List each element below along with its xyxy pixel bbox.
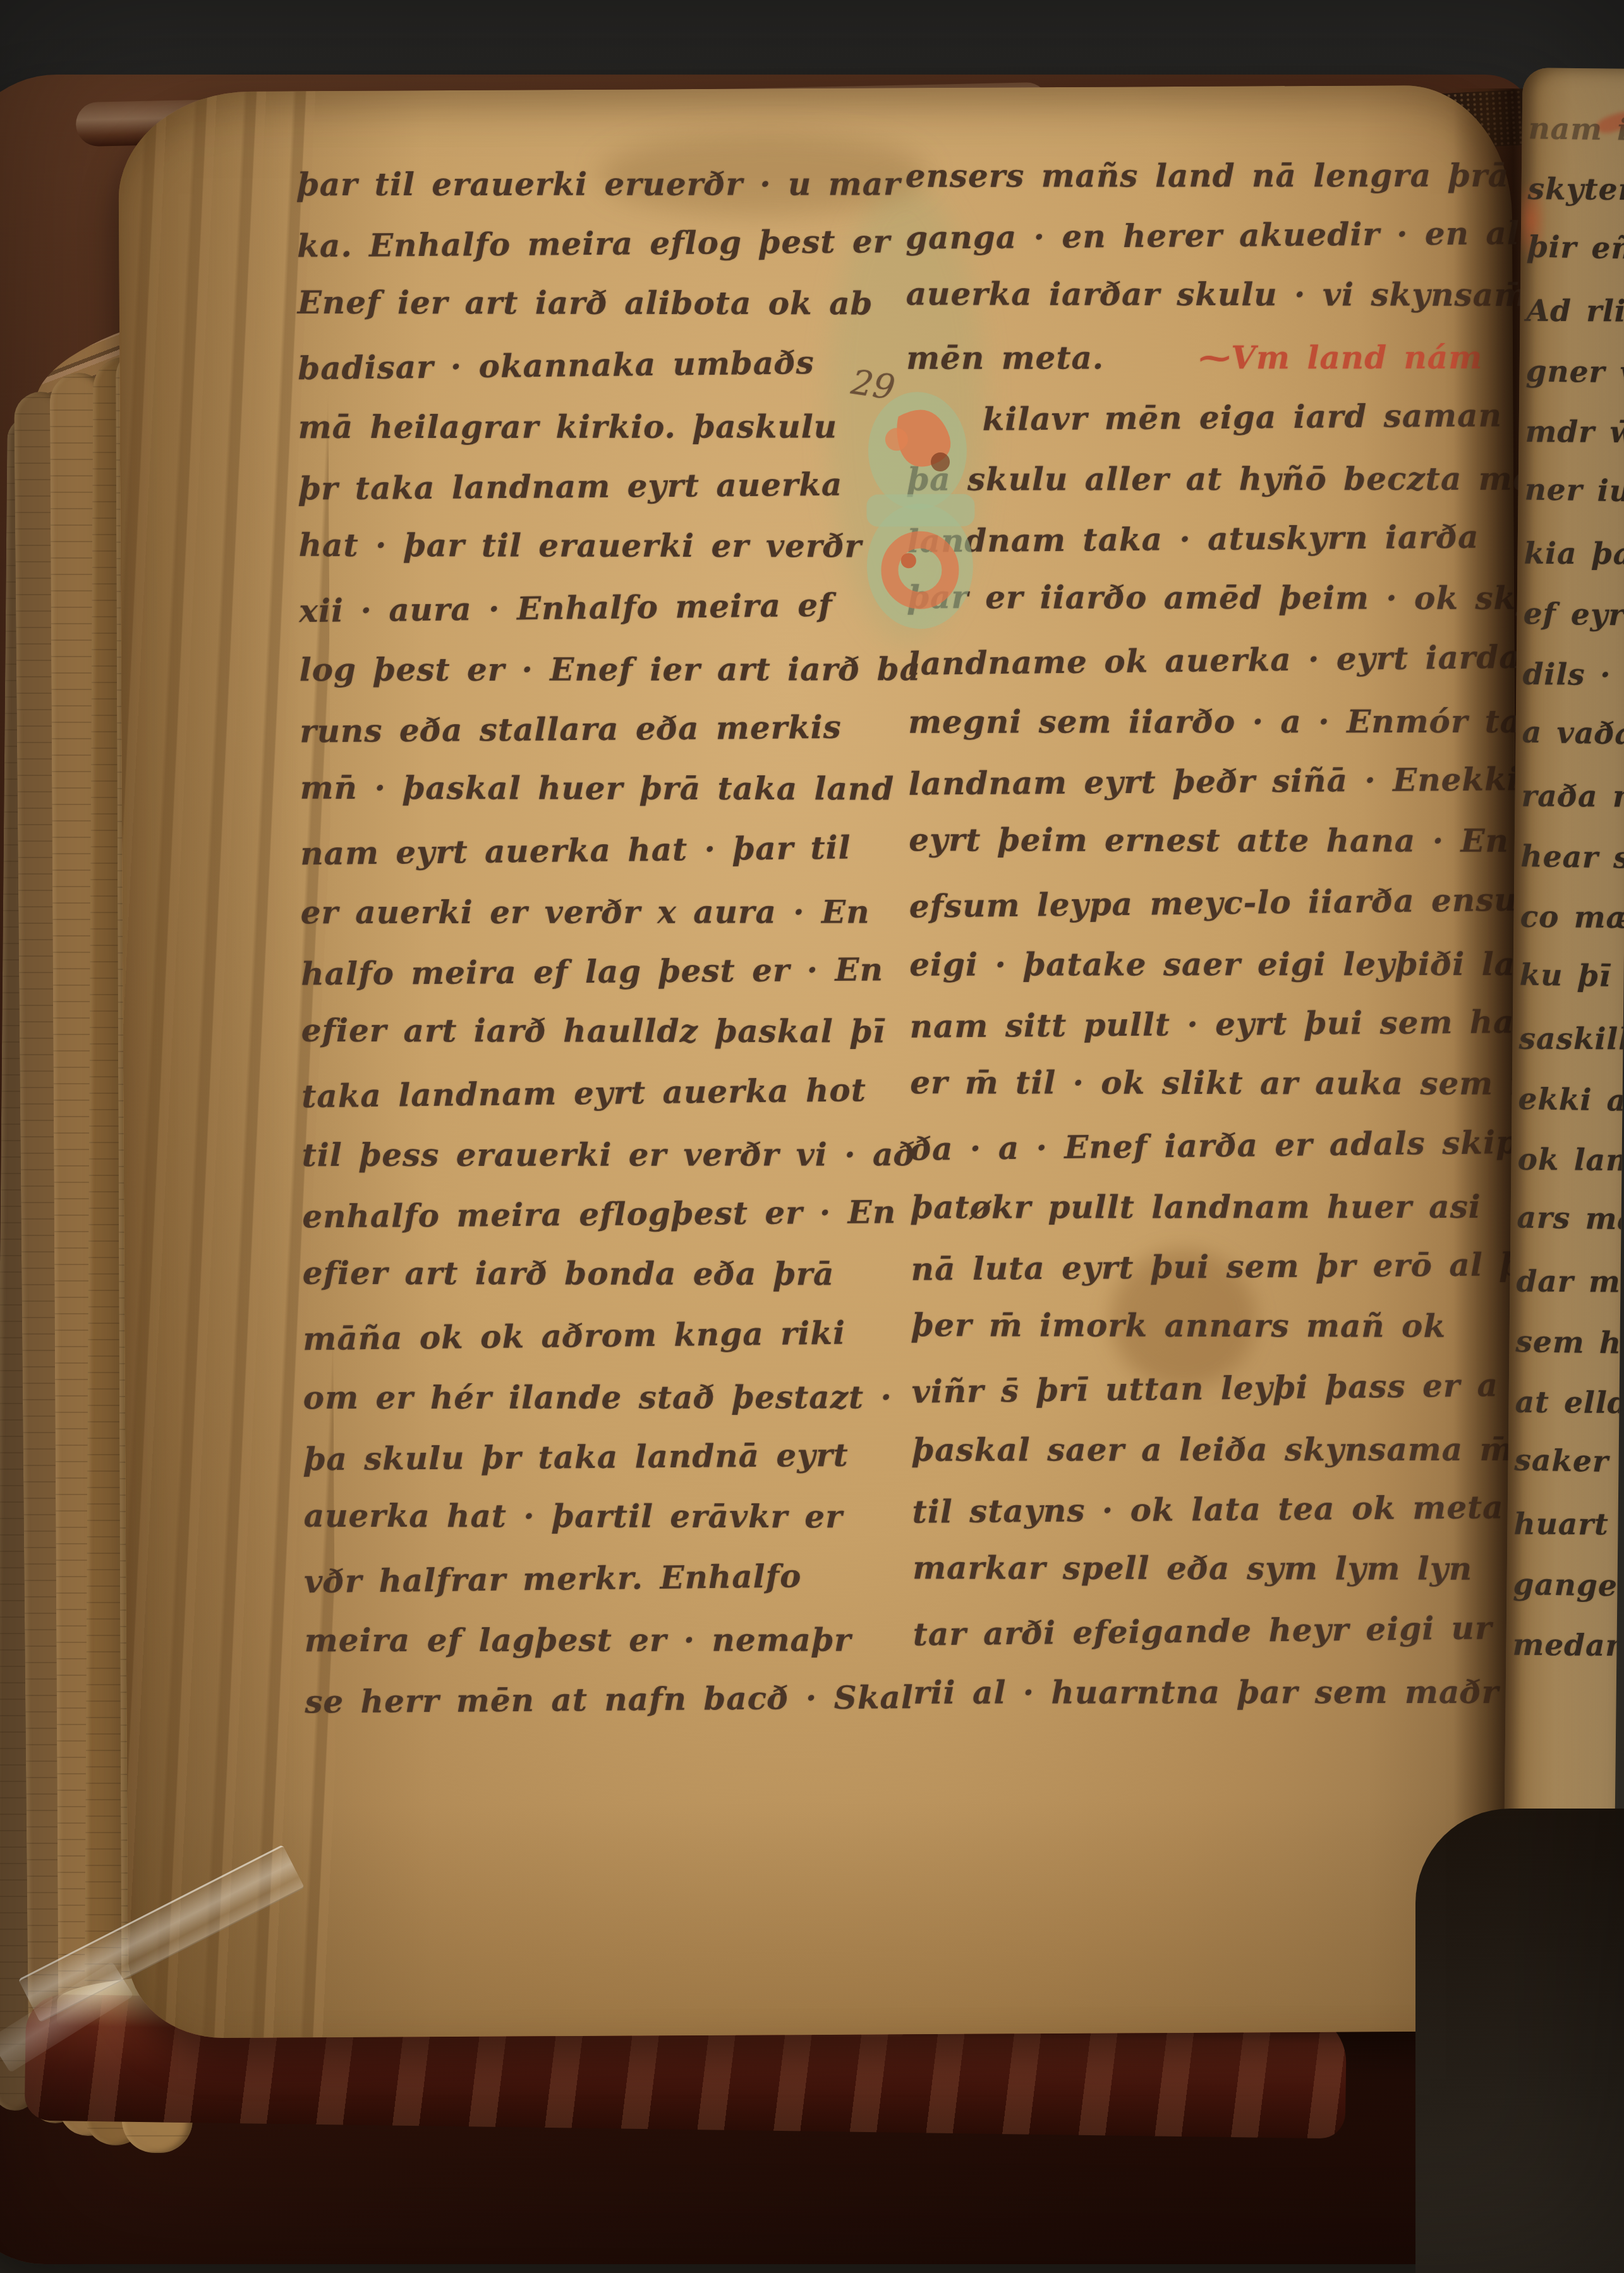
manuscript-line: gner viñā ea [1525, 341, 1624, 406]
manuscript-line: ner iuñi eacil b [1524, 459, 1624, 526]
facing-page-fragment: nam imer kaskyter io uselkia.þir eñ eða … [1504, 68, 1624, 1838]
manuscript-line: a vaða enkyrta [1522, 702, 1624, 768]
manuscript-line: mdr w̄ · Eney a [1525, 402, 1624, 465]
manuscript-line: se herr mēn at nafn bacð · Skal [305, 1667, 926, 1733]
manuscript-line: kia þa el skyteit [1524, 524, 1624, 586]
manuscript-line: dils · Skapar · þiu [1522, 645, 1624, 708]
manuscript-line: enhalfo meira eflogþest er · En [302, 1182, 924, 1247]
decorated-initial-icon [860, 385, 979, 638]
manuscript-line: sem hilar deski [1515, 1312, 1624, 1377]
manuscript-line: medan tj þa [1512, 1615, 1624, 1678]
manuscript-line: raða nega aðrā [1521, 767, 1624, 828]
manuscript-line: ok landn̄ · Ekki [1517, 1130, 1624, 1193]
manuscript-line: nam imer ka [1528, 99, 1624, 164]
manuscript-line: badisar · okannaka umbaðs [298, 331, 919, 399]
manuscript-line: Enef ier art iarð alibota ok ab [298, 272, 919, 334]
manuscript-line: huart kr kau [1513, 1494, 1624, 1556]
manuscript-line: efier art iarð bonda eða þrā [303, 1243, 924, 1305]
manuscript-line: þir eñ eða jelaeri [1527, 217, 1624, 283]
manuscript-line: ars mañr mork [1517, 1187, 1624, 1254]
manuscript-line: ku þī vakaTi ei [1519, 945, 1624, 1011]
manuscript-line: ka. Enhalfo meira eflog þest er [297, 211, 919, 277]
manuscript-line: nam eyrt auerka hat · þar til [300, 816, 922, 884]
manuscript-line: skyter io uselkia. [1527, 159, 1624, 222]
rubric-line-black: mēn meta. [906, 339, 1104, 376]
manuscript-line: xii · aura · Enhalfo meira ef [299, 574, 921, 641]
manuscript-line: dar mēn þaut [1516, 1252, 1624, 1314]
manuscript-line: Ad rliga Lam [1526, 281, 1624, 343]
manuscript-line: efier art iarð haulldz þaskal þī [301, 1000, 923, 1062]
manuscript-line: co mæua atil k [1520, 887, 1624, 950]
manuscript-line: taka landnam eyrt auerka hot [301, 1059, 923, 1127]
manuscript-line: auerka hat · þartil erāvkr er [304, 1486, 926, 1548]
manuscript-line: saker isam b [1514, 1430, 1624, 1496]
verso-page: þar til erauerki eruerðr · u marka. Enha… [118, 85, 1522, 2039]
manuscript-line: runs eða stallara eða merkis [300, 696, 921, 762]
manuscript-line: māña ok ok aðrom knga riki [303, 1302, 924, 1369]
manuscript-line: þa skulu þr taka landnā eyrt [303, 1424, 925, 1490]
manuscript-line: mn̄ · þaskal huer þrā taka land [300, 758, 922, 820]
bottom-right-shadow [1415, 1809, 1624, 2273]
manuscript-line: at elldr vejor [1515, 1373, 1624, 1436]
manuscript-line: ef eyrt þui til lag [1523, 584, 1624, 649]
manuscript-line: gange nau [1513, 1555, 1624, 1620]
manuscript-line: þr taka landnam eyrt auerka [298, 454, 920, 519]
manuscript-line: hear skall Efner [1520, 827, 1624, 892]
manuscript-line: er auerki er verðr x aura · En [301, 882, 922, 943]
manuscript-line: saskilldi euuañ [1518, 1009, 1624, 1071]
text-column-left: þar til erauerki eruerðr · u marka. Enha… [296, 151, 926, 1731]
manuscript-line: ekki att jarðu [1518, 1069, 1624, 1134]
manuscript-line: til þess erauerki er verðr vi · að [302, 1124, 923, 1185]
manuscript-line: om er hér ilande stað þestazt · [303, 1367, 924, 1428]
manuscript-photo: þar til erauerki eruerðr · u marka. Enha… [0, 0, 1624, 2273]
manuscript-line: þar til erauerki eruerðr · u mar [297, 154, 918, 215]
manuscript-line: log þest er · Enef ier art iarð ba [300, 639, 921, 700]
manuscript-line: meira ef lagþest er · nemaþr [305, 1609, 926, 1671]
manuscript-line: hat · þar til erauerki er verðr [299, 515, 921, 577]
manuscript-line: mā heilagrar kirkio. þaskulu [298, 396, 919, 458]
facing-page-text-column: nam imer kaskyter io uselkia.þir eñ eða … [1512, 98, 1624, 1678]
manuscript-line: halfo meira ef lag þest er · En [301, 939, 923, 1005]
manuscript-line: vðr halfrar merkr. Enhalfo [304, 1544, 926, 1612]
rubric-text: ⁓Vm land nám [1199, 339, 1482, 376]
